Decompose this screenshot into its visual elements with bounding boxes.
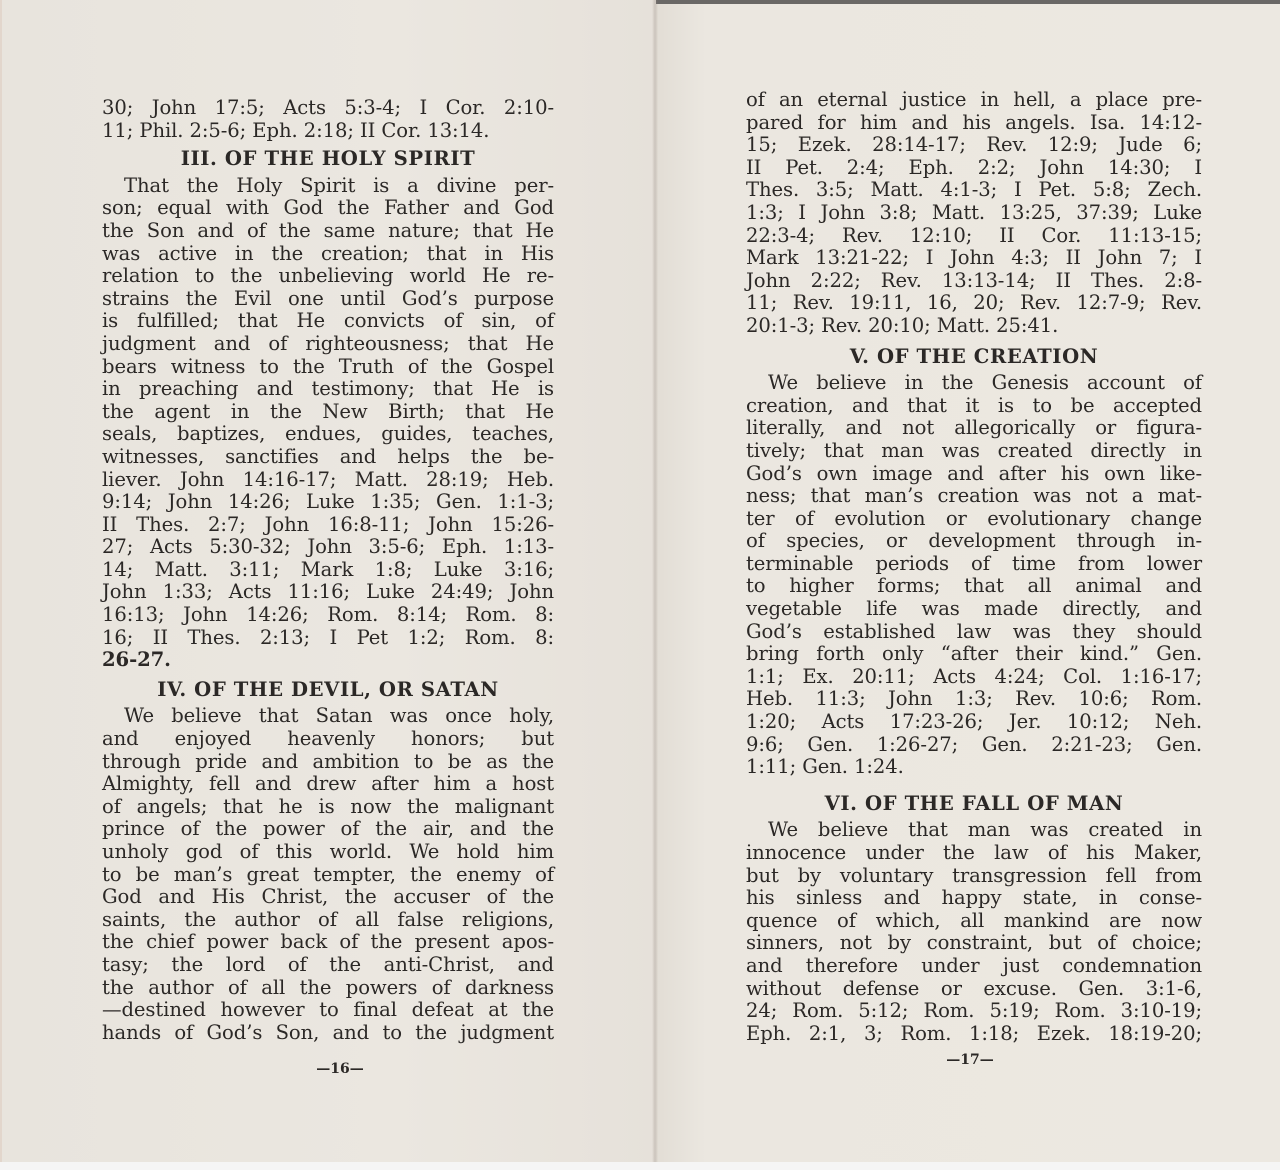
text-line: unholy god of this world. We hold him bbox=[102, 841, 554, 864]
text-line: 16; II Thes. 2:13; I Pet 1:2; Rom. 8: bbox=[102, 627, 554, 650]
text-line: hands of God’s Son, and to the judgment bbox=[102, 1022, 554, 1045]
text-line: God’s established law was they should bbox=[746, 621, 1202, 644]
text-line: quence of which, all mankind are now bbox=[746, 910, 1202, 933]
right-page-column: of an eternal justice in hell, a place p… bbox=[746, 89, 1202, 1045]
text-line: in preaching and testimony; that He is bbox=[102, 378, 554, 401]
text-line: sinners, not by constraint, but of choic… bbox=[746, 932, 1202, 955]
text-line: 9:14; John 14:26; Luke 1:35; Gen. 1:1-3; bbox=[102, 491, 554, 514]
text-line: 11; Phil. 2:5-6; Eph. 2:18; II Cor. 13:1… bbox=[102, 120, 554, 143]
text-line: We believe that man was created in bbox=[746, 819, 1202, 842]
text-line: —destined however to final defeat at the bbox=[102, 999, 554, 1022]
text-line: 1:1; Ex. 20:11; Acts 4:24; Col. 1:16-17; bbox=[746, 666, 1202, 689]
text-line: John 1:33; Acts 11:16; Luke 24:49; John bbox=[102, 581, 554, 604]
text-line: strains the Evil one until God’s purpose bbox=[102, 288, 554, 311]
text-line: 1:3; I John 3:8; Matt. 13:25, 37:39; Luk… bbox=[746, 202, 1202, 225]
section-heading-holy-spirit: III. OF THE HOLY SPIRIT bbox=[102, 148, 554, 171]
text-line: Eph. 2:1, 3; Rom. 1:18; Ezek. 18:19-20; bbox=[746, 1023, 1202, 1046]
text-line: terminable periods of time from lower bbox=[746, 553, 1202, 576]
text-line: tively; that man was created directly in bbox=[746, 440, 1202, 463]
text-line: 1:20; Acts 17:23-26; Jer. 10:12; Neh. bbox=[746, 711, 1202, 734]
text-line: II Pet. 2:4; Eph. 2:2; John 14:30; I bbox=[746, 157, 1202, 180]
text-line: was active in the creation; that in His bbox=[102, 243, 554, 266]
text-line: relation to the unbelieving world He re- bbox=[102, 265, 554, 288]
text-line: witnesses, sanctifies and helps the be- bbox=[102, 446, 554, 469]
text-line: II Thes. 2:7; John 16:8-11; John 15:26- bbox=[102, 514, 554, 537]
text-line: 26-27. bbox=[102, 649, 554, 672]
text-line: prince of the power of the air, and the bbox=[102, 818, 554, 841]
text-line: to be man’s great tempter, the enemy of bbox=[102, 864, 554, 887]
text-line: but by voluntary transgression fell from bbox=[746, 865, 1202, 888]
text-line: Mark 13:21-22; I John 4:3; II John 7; I bbox=[746, 247, 1202, 270]
text-line: 15; Ezek. 28:14-17; Rev. 12:9; Jude 6; bbox=[746, 134, 1202, 157]
text-line: We believe in the Genesis account of bbox=[746, 372, 1202, 395]
text-line: to higher forms; that all animal and bbox=[746, 575, 1202, 598]
text-line: seals, baptizes, endues, guides, teaches… bbox=[102, 423, 554, 446]
text-line: tasy; the lord of the anti-Christ, and bbox=[102, 954, 554, 977]
text-line: Heb. 11:3; John 1:3; Rev. 10:6; Rom. bbox=[746, 688, 1202, 711]
text-line: vegetable life was made directly, and bbox=[746, 598, 1202, 621]
text-line: 24; Rom. 5:12; Rom. 5:19; Rom. 3:10-19; bbox=[746, 1000, 1202, 1023]
text-line: of angels; that he is now the malignant bbox=[102, 796, 554, 819]
text-line: through pride and ambition to be as the bbox=[102, 751, 554, 774]
text-line: ness; that man’s creation was not a mat- bbox=[746, 485, 1202, 508]
text-line: 11; Rev. 19:11, 16, 20; Rev. 12:7-9; Rev… bbox=[746, 292, 1202, 315]
page-number-right: —17— bbox=[930, 1052, 1010, 1068]
text-line: and enjoyed heavenly honors; but bbox=[102, 728, 554, 751]
text-line: John 2:22; Rev. 13:13-14; II Thes. 2:8- bbox=[746, 270, 1202, 293]
text-line: his sinless and happy state, in conse- bbox=[746, 887, 1202, 910]
text-line: literally, and not allegorically or figu… bbox=[746, 417, 1202, 440]
text-line: without defense or excuse. Gen. 3:1-6, bbox=[746, 978, 1202, 1001]
text-line: God and His Christ, the accuser of the bbox=[102, 886, 554, 909]
text-line: judgment and of righteousness; that He bbox=[102, 333, 554, 356]
text-line: innocence under the law of his Maker, bbox=[746, 842, 1202, 865]
text-line: God’s own image and after his own like- bbox=[746, 463, 1202, 486]
text-line: 9:6; Gen. 1:26-27; Gen. 2:21-23; Gen. bbox=[746, 734, 1202, 757]
scan-background bbox=[0, 1162, 1280, 1170]
text-line: of species, or development through in- bbox=[746, 530, 1202, 553]
text-line: Thes. 3:5; Matt. 4:1-3; I Pet. 5:8; Zech… bbox=[746, 179, 1202, 202]
text-line: 16:13; John 14:26; Rom. 8:14; Rom. 8: bbox=[102, 604, 554, 627]
text-line: liever. John 14:16-17; Matt. 28:19; Heb. bbox=[102, 469, 554, 492]
book-gutter bbox=[652, 0, 658, 1162]
text-line: pared for him and his angels. Isa. 14:12… bbox=[746, 112, 1202, 135]
text-line: the agent in the New Birth; that He bbox=[102, 401, 554, 424]
text-line: the author of all the powers of darkness bbox=[102, 977, 554, 1000]
text-line: is fulfilled; that He convicts of sin, o… bbox=[102, 310, 554, 333]
left-page-column: 30; John 17:5; Acts 5:3-4; I Cor. 2:10- … bbox=[102, 97, 554, 1044]
text-line: Almighty, fell and drew after him a host bbox=[102, 773, 554, 796]
text-line: That the Holy Spirit is a divine per- bbox=[102, 175, 554, 198]
text-line: bring forth only “after their kind.” Gen… bbox=[746, 643, 1202, 666]
section-heading-devil-satan: IV. OF THE DEVIL, OR SATAN bbox=[102, 679, 554, 702]
text-line: 27; Acts 5:30-32; John 3:5-6; Eph. 1:13- bbox=[102, 536, 554, 559]
text-line: son; equal with God the Father and God bbox=[102, 197, 554, 220]
text-line: creation, and that it is to be accepted bbox=[746, 395, 1202, 418]
text-line: ter of evolution or evolutionary change bbox=[746, 508, 1202, 531]
section-heading-creation: V. OF THE CREATION bbox=[746, 346, 1202, 369]
text-line: of an eternal justice in hell, a place p… bbox=[746, 89, 1202, 112]
text-line: We believe that Satan was once holy, bbox=[102, 705, 554, 728]
text-line: bears witness to the Truth of the Gospel bbox=[102, 356, 554, 379]
text-line: 30; John 17:5; Acts 5:3-4; I Cor. 2:10- bbox=[102, 97, 554, 120]
page-number-left: —16— bbox=[300, 1061, 380, 1077]
text-line: 14; Matt. 3:11; Mark 1:8; Luke 3:16; bbox=[102, 559, 554, 582]
text-line: and therefore under just condemnation bbox=[746, 955, 1202, 978]
text-line: the Son and of the same nature; that He bbox=[102, 220, 554, 243]
section-heading-fall-of-man: VI. OF THE FALL OF MAN bbox=[746, 793, 1202, 816]
text-line: 22:3-4; Rev. 12:10; II Cor. 11:13-15; bbox=[746, 225, 1202, 248]
text-line: 1:11; Gen. 1:24. bbox=[746, 756, 1202, 779]
text-line: 20:1-3; Rev. 20:10; Matt. 25:41. bbox=[746, 315, 1202, 338]
book-spread: 30; John 17:5; Acts 5:3-4; I Cor. 2:10- … bbox=[0, 0, 1280, 1162]
text-line: the chief power back of the present apos… bbox=[102, 931, 554, 954]
text-line: saints, the author of all false religion… bbox=[102, 909, 554, 932]
